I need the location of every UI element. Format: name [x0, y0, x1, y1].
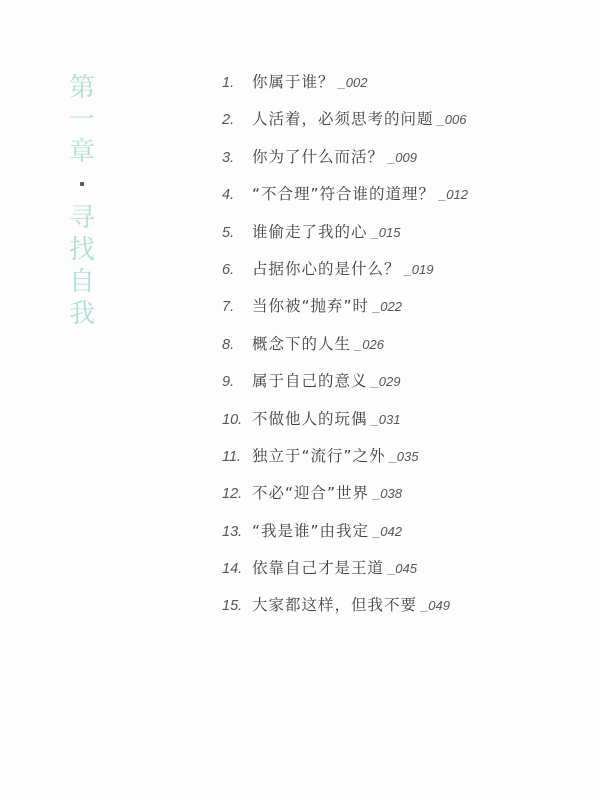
toc-entry-title: 不必“迎合”世界 — [252, 481, 369, 503]
toc-entry-title: 不做他人的玩偶 — [252, 407, 368, 429]
toc-entry-title: 当你被“抛弃”时 — [252, 294, 369, 316]
toc-entry-page: _015 — [372, 225, 401, 240]
toc-entry-page: _045 — [388, 561, 417, 576]
toc-entry[interactable]: 1. 你属于谁？ _002 — [222, 70, 562, 107]
toc-entry-title: 概念下的人生 — [252, 332, 351, 354]
toc-entry-title: 你为了什么而活？ — [252, 145, 384, 167]
toc-entry-title: 依靠自己才是王道 — [252, 556, 384, 578]
toc-entry-page: _042 — [373, 524, 402, 539]
toc-entry-title: 独立于“流行”之外 — [252, 444, 386, 466]
toc-entry-number: 11. — [222, 449, 252, 465]
toc-entry-page: _009 — [388, 150, 417, 165]
toc-entry-page: _031 — [372, 412, 401, 427]
chapter-heading-vertical: 第 一 章 寻 找 自 我 — [62, 72, 102, 330]
toc-entry[interactable]: 10. 不做他人的玩偶 _031 — [222, 407, 562, 444]
toc-entry[interactable]: 6. 占据你心的是什么？ _019 — [222, 257, 562, 294]
toc-entry-title: 大家都这样，但我不要 — [252, 593, 417, 615]
toc-entry-number: 10. — [222, 412, 252, 428]
chapter-label-char: 章 — [69, 136, 95, 168]
toc-entry[interactable]: 5. 谁偷走了我的心 _015 — [222, 220, 562, 257]
toc-entry-title: “我是谁”由我定 — [252, 519, 369, 541]
chapter-title-char: 我 — [69, 298, 95, 330]
toc-entry-number: 4. — [222, 187, 252, 203]
toc-entry-page: _006 — [438, 112, 467, 127]
toc-entry[interactable]: 7. 当你被“抛弃”时 _022 — [222, 294, 562, 331]
toc-entry-page: _002 — [339, 75, 368, 90]
toc-entry-page: _022 — [373, 299, 402, 314]
toc-entry-title: “不合理”符合谁的道理？ — [252, 182, 435, 204]
toc-entry-number: 3. — [222, 150, 252, 166]
toc-entry[interactable]: 11. 独立于“流行”之外 _035 — [222, 444, 562, 481]
toc-entry-number: 2. — [222, 112, 252, 128]
toc-entry[interactable]: 9. 属于自己的意义 _029 — [222, 369, 562, 406]
toc-entry-page: _035 — [390, 449, 419, 464]
toc-entry-page: _029 — [372, 374, 401, 389]
toc-entry-number: 6. — [222, 262, 252, 278]
chapter-title-char: 找 — [69, 234, 95, 266]
toc-entry[interactable]: 2. 人活着，必须思考的问题 _006 — [222, 107, 562, 144]
toc-entry-number: 12. — [222, 486, 252, 502]
toc-entry[interactable]: 12. 不必“迎合”世界 _038 — [222, 481, 562, 518]
chapter-title-char: 自 — [69, 266, 95, 298]
table-of-contents: 1. 你属于谁？ _002 2. 人活着，必须思考的问题 _006 3. 你为了… — [222, 70, 562, 631]
toc-entry-page: _012 — [439, 187, 468, 202]
toc-entry-number: 5. — [222, 225, 252, 241]
toc-entry-page: _049 — [421, 598, 450, 613]
chapter-label-char: 一 — [69, 104, 95, 136]
toc-entry-title: 谁偷走了我的心 — [252, 220, 368, 242]
toc-entry[interactable]: 13. “我是谁”由我定 _042 — [222, 519, 562, 556]
toc-entry[interactable]: 8. 概念下的人生 _026 — [222, 332, 562, 369]
chapter-title-char: 寻 — [69, 202, 95, 234]
toc-entry-page: _019 — [405, 262, 434, 277]
toc-entry-page: _026 — [355, 337, 384, 352]
toc-entry-number: 15. — [222, 598, 252, 614]
toc-entry-number: 13. — [222, 524, 252, 540]
toc-entry-title: 你属于谁？ — [252, 70, 335, 92]
book-page: 第 一 章 寻 找 自 我 1. 你属于谁？ _002 2. 人活着，必须思考的… — [0, 0, 600, 800]
toc-entry-number: 8. — [222, 337, 252, 353]
toc-entry-title: 人活着，必须思考的问题 — [252, 107, 434, 129]
toc-entry-number: 14. — [222, 561, 252, 577]
toc-entry-title: 属于自己的意义 — [252, 369, 368, 391]
toc-entry-title: 占据你心的是什么？ — [252, 257, 401, 279]
toc-entry[interactable]: 3. 你为了什么而活？ _009 — [222, 145, 562, 182]
toc-entry-number: 9. — [222, 374, 252, 390]
toc-entry-number: 7. — [222, 299, 252, 315]
toc-entry[interactable]: 15. 大家都这样，但我不要 _049 — [222, 593, 562, 630]
chapter-separator-dot — [80, 182, 84, 186]
toc-entry-page: _038 — [373, 486, 402, 501]
toc-entry[interactable]: 14. 依靠自己才是王道 _045 — [222, 556, 562, 593]
chapter-label-char: 第 — [69, 72, 95, 104]
toc-entry[interactable]: 4. “不合理”符合谁的道理？ _012 — [222, 182, 562, 219]
toc-entry-number: 1. — [222, 75, 252, 91]
